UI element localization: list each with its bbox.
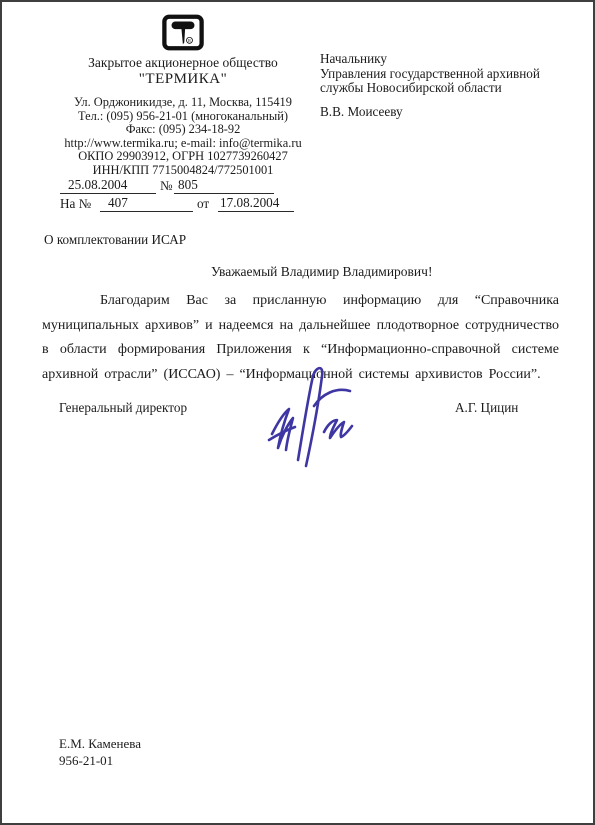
address-line: ОКПО 29903912, ОГРН 1027739260427 — [37, 150, 329, 164]
recipient-block: Начальнику Управления государственной ар… — [320, 52, 570, 119]
recipient-name: В.В. Моисееву — [320, 105, 570, 120]
executor-name: Е.М. Каменева — [59, 736, 141, 753]
address-line: Тел.: (095) 956-21-01 (многоканальный) — [37, 110, 329, 124]
salutation: Уважаемый Владимир Владимирович! — [211, 264, 432, 280]
address-line: ИНН/КПП 7715004824/772501001 — [37, 164, 329, 178]
registered-mark: R — [188, 38, 191, 43]
org-name: "ТЕРМИКА" — [37, 71, 329, 87]
reply-to-label: На № — [60, 196, 91, 212]
from-label: от — [197, 196, 209, 212]
outgoing-number-field: 805 — [174, 177, 274, 194]
reply-date-field: 17.08.2004 — [218, 195, 294, 212]
outgoing-date-field: 25.08.2004 — [60, 177, 156, 194]
recipient-line: службы Новосибирской области — [320, 81, 570, 96]
reply-number-field: 407 — [100, 195, 193, 212]
letterhead: R Закрытое акционерное общество "ТЕРМИКА… — [37, 14, 329, 178]
address-line: http://www.termika.ru; e-mail: info@term… — [37, 137, 329, 151]
subject-line: О комплектовании ИСАР — [44, 232, 186, 248]
handwritten-signature — [254, 360, 364, 472]
recipient-line: Начальнику — [320, 52, 570, 67]
recipient-line: Управления государственной архивной — [320, 67, 570, 82]
signer-name: А.Г. Цицин — [455, 400, 518, 416]
address-line: Ул. Орджоникидзе, д. 11, Москва, 115419 — [37, 96, 329, 110]
executor-block: Е.М. Каменева 956-21-01 — [59, 736, 141, 769]
signer-title: Генеральный директор — [59, 400, 187, 416]
scanned-letter-page: R Закрытое акционерное общество "ТЕРМИКА… — [0, 0, 595, 825]
number-label: № — [160, 178, 173, 194]
org-address-block: Ул. Орджоникидзе, д. 11, Москва, 115419 … — [37, 96, 329, 178]
address-line: Факс: (095) 234-18-92 — [37, 123, 329, 137]
termika-logo-icon: R — [162, 14, 204, 51]
executor-phone: 956-21-01 — [59, 753, 141, 770]
org-type: Закрытое акционерное общество — [37, 55, 329, 70]
